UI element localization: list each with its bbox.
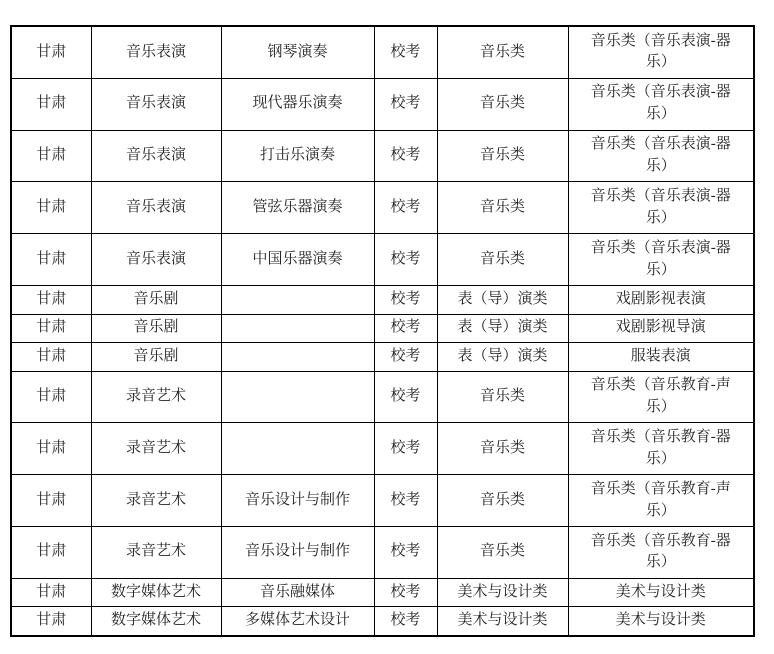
cell-category: 音乐类 [437,78,568,130]
cell-direction: 打击乐演奏 [221,130,374,182]
cell-admission-category: 美术与设计类 [568,578,754,607]
cell-major: 数字媒体艺术 [91,607,221,636]
cell-exam-type: 校考 [374,182,437,234]
table-row: 甘肃音乐剧校考表（导）演类戏剧影视导演 [11,314,754,343]
cell-category: 音乐类 [437,182,568,234]
cell-admission-category: 音乐类（音乐教育-器 乐） [568,526,754,578]
cell-province: 甘肃 [11,234,91,286]
cell-province: 甘肃 [11,578,91,607]
cell-direction: 多媒体艺术设计 [221,607,374,636]
cell-province: 甘肃 [11,130,91,182]
cell-major: 音乐剧 [91,285,221,314]
cell-major: 数字媒体艺术 [91,578,221,607]
cell-admission-category: 戏剧影视导演 [568,314,754,343]
cell-admission-category: 音乐类（音乐表演-器 乐） [568,78,754,130]
cell-direction: 中国乐器演奏 [221,234,374,286]
cell-category: 音乐类 [437,423,568,475]
table-row: 甘肃录音艺术校考音乐类音乐类（音乐教育-声 乐） [11,371,754,423]
cell-category: 表（导）演类 [437,343,568,372]
cell-major: 音乐剧 [91,343,221,372]
cell-major: 音乐表演 [91,130,221,182]
cell-category: 表（导）演类 [437,285,568,314]
cell-province: 甘肃 [11,526,91,578]
cell-direction: 音乐设计与制作 [221,475,374,527]
cell-exam-type: 校考 [374,526,437,578]
cell-category: 表（导）演类 [437,314,568,343]
cell-exam-type: 校考 [374,607,437,636]
cell-province: 甘肃 [11,423,91,475]
table-row: 甘肃音乐表演现代器乐演奏校考音乐类音乐类（音乐表演-器 乐） [11,78,754,130]
table-row: 甘肃录音艺术校考音乐类音乐类（音乐教育-器 乐） [11,423,754,475]
cell-province: 甘肃 [11,475,91,527]
cell-major: 录音艺术 [91,371,221,423]
cell-province: 甘肃 [11,182,91,234]
cell-category: 音乐类 [437,234,568,286]
table-row: 甘肃录音艺术音乐设计与制作校考音乐类音乐类（音乐教育-器 乐） [11,526,754,578]
table-row: 甘肃录音艺术音乐设计与制作校考音乐类音乐类（音乐教育-声 乐） [11,475,754,527]
cell-major: 音乐表演 [91,234,221,286]
cell-direction [221,371,374,423]
table-row: 甘肃数字媒体艺术音乐融媒体校考美术与设计类美术与设计类 [11,578,754,607]
cell-exam-type: 校考 [374,343,437,372]
cell-exam-type: 校考 [374,423,437,475]
cell-admission-category: 音乐类（音乐表演-器 乐） [568,26,754,78]
cell-direction: 管弦乐器演奏 [221,182,374,234]
table-row: 甘肃音乐表演打击乐演奏校考音乐类音乐类（音乐表演-器 乐） [11,130,754,182]
cell-direction: 现代器乐演奏 [221,78,374,130]
cell-province: 甘肃 [11,26,91,78]
cell-exam-type: 校考 [374,234,437,286]
cell-category: 音乐类 [437,26,568,78]
table-row: 甘肃数字媒体艺术多媒体艺术设计校考美术与设计类美术与设计类 [11,607,754,636]
cell-major: 录音艺术 [91,475,221,527]
cell-category: 音乐类 [437,130,568,182]
cell-category: 美术与设计类 [437,607,568,636]
cell-admission-category: 戏剧影视表演 [568,285,754,314]
cell-major: 录音艺术 [91,423,221,475]
cell-category: 音乐类 [437,371,568,423]
table-row: 甘肃音乐表演管弦乐器演奏校考音乐类音乐类（音乐表演-器 乐） [11,182,754,234]
table-row: 甘肃音乐剧校考表（导）演类服装表演 [11,343,754,372]
cell-admission-category: 音乐类（音乐表演-器 乐） [568,234,754,286]
cell-admission-category: 音乐类（音乐教育-声 乐） [568,475,754,527]
cell-admission-category: 音乐类（音乐表演-器 乐） [568,182,754,234]
cell-exam-type: 校考 [374,578,437,607]
cell-exam-type: 校考 [374,78,437,130]
cell-direction: 音乐设计与制作 [221,526,374,578]
table-body: 甘肃音乐表演钢琴演奏校考音乐类音乐类（音乐表演-器 乐）甘肃音乐表演现代器乐演奏… [11,26,754,636]
admissions-table: 甘肃音乐表演钢琴演奏校考音乐类音乐类（音乐表演-器 乐）甘肃音乐表演现代器乐演奏… [10,25,755,637]
cell-category: 音乐类 [437,526,568,578]
cell-category: 美术与设计类 [437,578,568,607]
cell-major: 音乐剧 [91,314,221,343]
cell-category: 音乐类 [437,475,568,527]
cell-province: 甘肃 [11,285,91,314]
cell-province: 甘肃 [11,607,91,636]
cell-admission-category: 服装表演 [568,343,754,372]
cell-direction [221,314,374,343]
cell-direction: 音乐融媒体 [221,578,374,607]
document-page: { "page": { "background_color": "#ffffff… [0,0,774,654]
cell-province: 甘肃 [11,314,91,343]
table-row: 甘肃音乐表演钢琴演奏校考音乐类音乐类（音乐表演-器 乐） [11,26,754,78]
cell-province: 甘肃 [11,371,91,423]
cell-admission-category: 音乐类（音乐教育-声 乐） [568,371,754,423]
cell-admission-category: 音乐类（音乐教育-器 乐） [568,423,754,475]
cell-direction: 钢琴演奏 [221,26,374,78]
cell-major: 音乐表演 [91,182,221,234]
cell-province: 甘肃 [11,343,91,372]
cell-admission-category: 音乐类（音乐表演-器 乐） [568,130,754,182]
cell-direction [221,423,374,475]
cell-major: 音乐表演 [91,26,221,78]
cell-exam-type: 校考 [374,285,437,314]
cell-exam-type: 校考 [374,475,437,527]
cell-major: 录音艺术 [91,526,221,578]
cell-exam-type: 校考 [374,26,437,78]
cell-direction [221,285,374,314]
cell-admission-category: 美术与设计类 [568,607,754,636]
cell-direction [221,343,374,372]
cell-exam-type: 校考 [374,314,437,343]
table-row: 甘肃音乐表演中国乐器演奏校考音乐类音乐类（音乐表演-器 乐） [11,234,754,286]
cell-province: 甘肃 [11,78,91,130]
table-row: 甘肃音乐剧校考表（导）演类戏剧影视表演 [11,285,754,314]
cell-exam-type: 校考 [374,130,437,182]
cell-major: 音乐表演 [91,78,221,130]
cell-exam-type: 校考 [374,371,437,423]
